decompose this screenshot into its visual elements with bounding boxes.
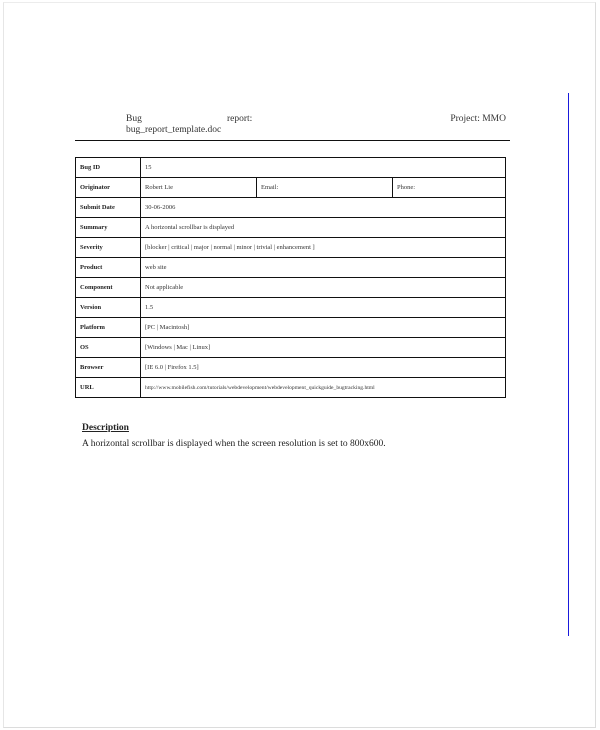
header-project: Project: MMO [450, 114, 506, 124]
label-originator: Originator [76, 178, 141, 198]
table-row-platform: Platform [PC | Macintosh] [76, 318, 506, 338]
header-rule [75, 140, 510, 141]
bug-report-table: Bug ID 15 Originator Robert Lie Email: P… [75, 157, 506, 398]
value-url: http://www.mobilefish.com/tutorials/webd… [141, 378, 506, 398]
label-severity: Severity [76, 238, 141, 258]
label-browser: Browser [76, 358, 141, 378]
value-originator: Robert Lie [141, 178, 257, 198]
table-row-product: Product web site [76, 258, 506, 278]
header-title-bug: Bug [126, 114, 142, 124]
table-row-browser: Browser [IE 6.0 | Firefox 1.5] [76, 358, 506, 378]
value-platform: [PC | Macintosh] [141, 318, 506, 338]
value-severity: [blocker | critical | major | normal | m… [141, 238, 506, 258]
table-row-summary: Summary A horizontal scrollbar is displa… [76, 218, 506, 238]
description-heading: Description [82, 423, 129, 433]
label-product: Product [76, 258, 141, 278]
label-component: Component [76, 278, 141, 298]
value-component: Not applicable [141, 278, 506, 298]
label-platform: Platform [76, 318, 141, 338]
value-summary: A horizontal scrollbar is displayed [141, 218, 506, 238]
table-row-version: Version 1.5 [76, 298, 506, 318]
description-text: A horizontal scrollbar is displayed when… [82, 439, 386, 449]
value-bug-id: 15 [141, 158, 506, 178]
label-version: Version [76, 298, 141, 318]
table-row-bug-id: Bug ID 15 [76, 158, 506, 178]
table-row-submit-date: Submit Date 30-06-2006 [76, 198, 506, 218]
header-filename: bug_report_template.doc [126, 125, 221, 135]
value-product: web site [141, 258, 506, 278]
label-email: Email: [257, 178, 393, 198]
value-submit-date: 30-06-2006 [141, 198, 506, 218]
table-row-component: Component Not applicable [76, 278, 506, 298]
table-row-severity: Severity [blocker | critical | major | n… [76, 238, 506, 258]
label-os: OS [76, 338, 141, 358]
table-row-url: URL http://www.mobilefish.com/tutorials/… [76, 378, 506, 398]
label-bug-id: Bug ID [76, 158, 141, 178]
header-title-report: report: [227, 114, 252, 124]
margin-change-bar [568, 93, 569, 636]
label-url: URL [76, 378, 141, 398]
label-submit-date: Submit Date [76, 198, 141, 218]
label-summary: Summary [76, 218, 141, 238]
table-row-originator: Originator Robert Lie Email: Phone: [76, 178, 506, 198]
table-row-os: OS [Windows | Mac | Linux] [76, 338, 506, 358]
label-phone: Phone: [393, 178, 506, 198]
value-browser: [IE 6.0 | Firefox 1.5] [141, 358, 506, 378]
value-version: 1.5 [141, 298, 506, 318]
value-os: [Windows | Mac | Linux] [141, 338, 506, 358]
